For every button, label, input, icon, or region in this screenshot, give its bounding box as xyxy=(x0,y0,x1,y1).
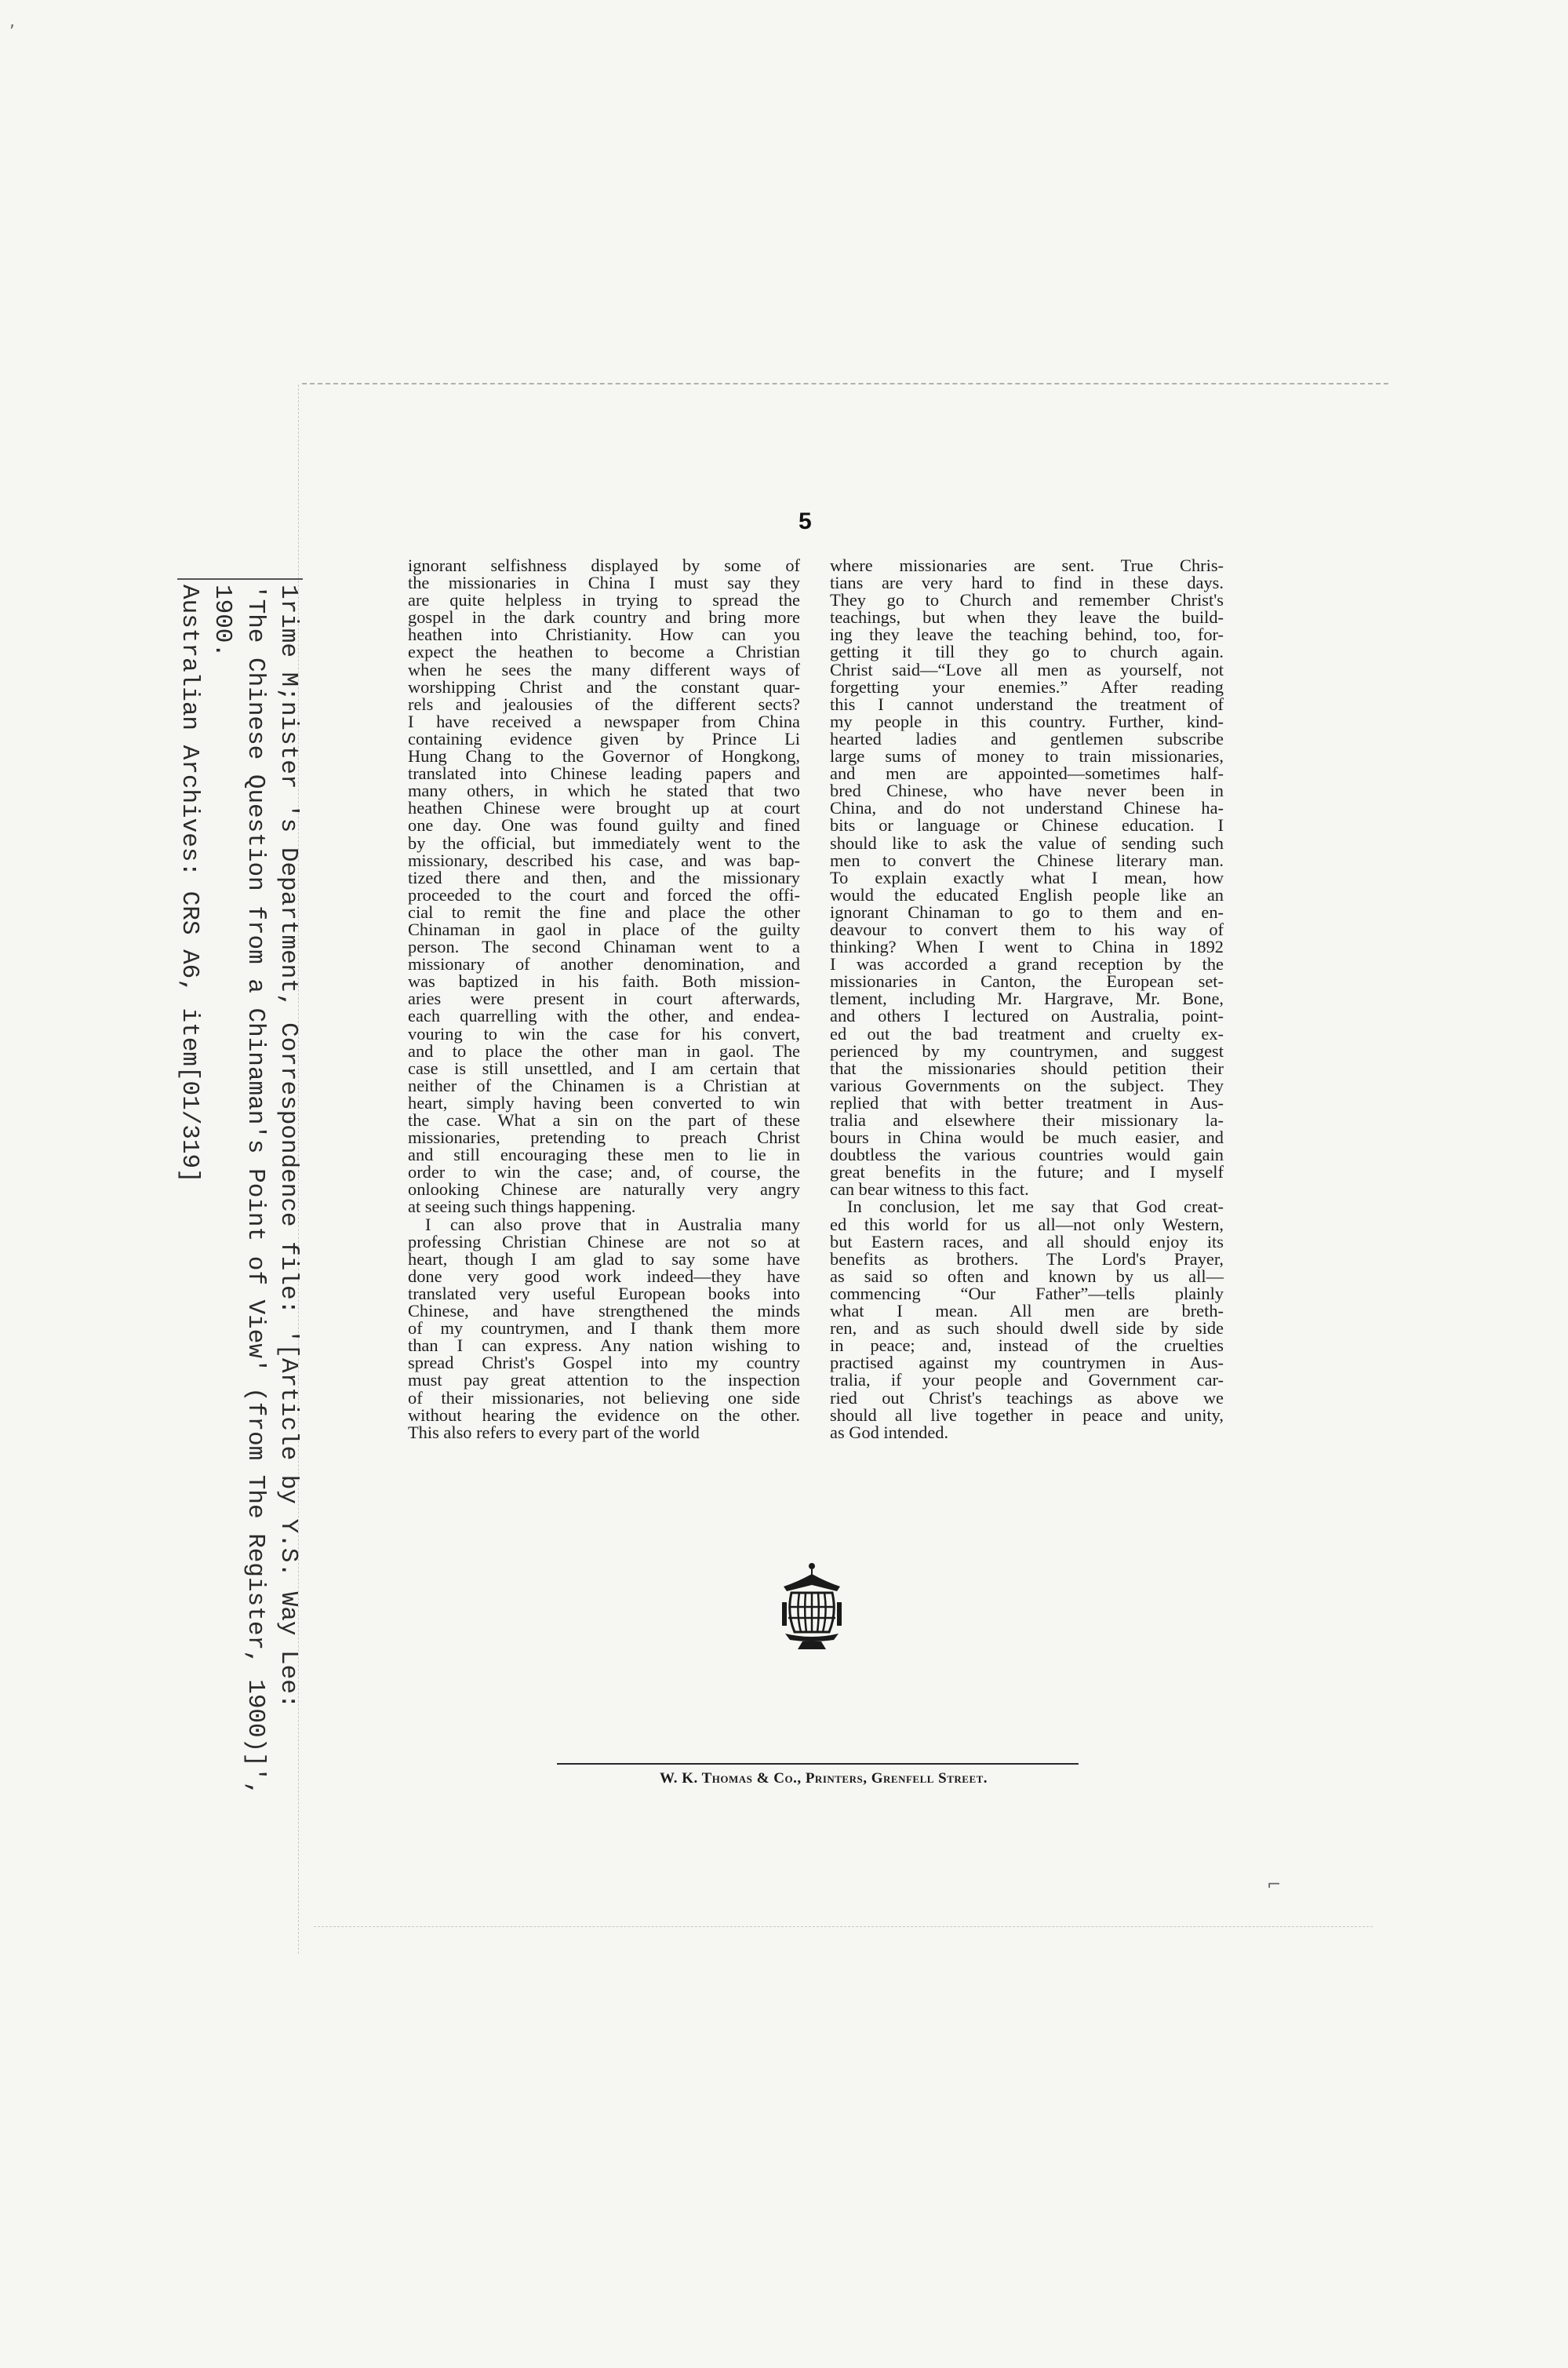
article-text-line: of my countrymen, and I thank them more xyxy=(408,1320,800,1337)
article-text-line: Chinaman in gaol in place of the guilty xyxy=(408,921,800,938)
article-text-line: They go to Church and remember Christ's xyxy=(830,592,1224,609)
article-text-line: replied that with better treatment in Au… xyxy=(830,1095,1224,1112)
article-text-line: ren, and as such should dwell side by si… xyxy=(830,1320,1224,1337)
article-text-line: missionaries in Canton, the European set… xyxy=(830,973,1224,990)
article-text-line: translated very useful European books in… xyxy=(408,1285,800,1302)
archive-citation-caption: 1rime M;nister 's Department, Correspond… xyxy=(173,585,304,1796)
article-text-line: ing they leave the teaching behind, too,… xyxy=(830,626,1224,643)
article-text-line: and still encouraging these men to lie i… xyxy=(408,1146,800,1164)
article-text-line: would the educated English people like a… xyxy=(830,887,1224,904)
article-text-line: ed this world for us all—not only Wester… xyxy=(830,1216,1224,1233)
caption-line: 'The Chinese Question from a Chinaman's … xyxy=(238,585,271,1796)
article-text-line: spread Christ's Gospel into my country xyxy=(408,1354,800,1372)
article-text-line: my people in this country. Further, kind… xyxy=(830,713,1224,730)
article-text-line: must pay great attention to the inspecti… xyxy=(408,1372,800,1389)
article-text-line: neither of the Chinamen is a Christian a… xyxy=(408,1077,800,1095)
article-text-line: deavour to convert them to his way of xyxy=(830,921,1224,938)
article-text-line: onlooking Chinese are naturally very ang… xyxy=(408,1181,800,1198)
pagoda-ornament-icon xyxy=(780,1561,843,1656)
article-text-line: hearted ladies and gentlemen subscribe xyxy=(830,730,1224,748)
article-text-line: ried out Christ's teachings as above we xyxy=(830,1390,1224,1407)
article-text-line: one day. One was found guilty and fined xyxy=(408,817,800,834)
photocopy-page-edge-top xyxy=(302,383,1388,384)
article-text-line: great benefits in the future; and I myse… xyxy=(830,1164,1224,1181)
scan-speck: ⌐ xyxy=(1267,1875,1281,1895)
article-text-line: vouring to win the case for his convert, xyxy=(408,1026,800,1043)
article-text-line: Christ said—“Love all men as yourself, n… xyxy=(830,661,1224,679)
article-text-line: ed out the bad treatment and cruelty ex- xyxy=(830,1026,1224,1043)
printer-imprint: W. K. Thomas & Co., Printers, Grenfell S… xyxy=(549,1770,1098,1787)
article-text-line: Chinese, and have strengthened the minds xyxy=(408,1302,800,1320)
article-text-line: containing evidence given by Prince Li xyxy=(408,730,800,748)
article-text-line: person. The second Chinaman went to a xyxy=(408,938,800,956)
article-text-line: the case. What a sin on the part of thes… xyxy=(408,1112,800,1129)
article-text-line: case is still unsettled, and I am certai… xyxy=(408,1060,800,1077)
article-text-line: can bear witness to this fact. xyxy=(830,1181,1224,1198)
article-text-line: To explain exactly what I mean, how xyxy=(830,869,1224,887)
article-text-line: missionary, described his case, and was … xyxy=(408,852,800,869)
article-text-line: tians are very hard to find in these day… xyxy=(830,574,1224,592)
caption-line: 1900. xyxy=(206,585,238,1796)
article-text-line: as said so often and known by us all— xyxy=(830,1268,1224,1285)
article-text-line: and others I lectured on Australia, poin… xyxy=(830,1007,1224,1025)
article-text-line: in peace; and, instead of the cruelties xyxy=(830,1337,1224,1354)
article-text-line: where missionaries are sent. True Chris- xyxy=(830,557,1224,574)
article-text-line: large sums of money to train missionarie… xyxy=(830,748,1224,765)
article-text-line: expect the heathen to become a Christian xyxy=(408,643,800,661)
article-text-line: translated into Chinese leading papers a… xyxy=(408,765,800,782)
article-text-line: getting it till they go to church again. xyxy=(830,643,1224,661)
article-text-line: men to convert the Chinese literary man. xyxy=(830,852,1224,869)
article-text-line: done very good work indeed—they have xyxy=(408,1268,800,1285)
article-text-line: but Eastern races, and all should enjoy … xyxy=(830,1233,1224,1251)
page-number: 5 xyxy=(799,508,812,535)
article-text-line: bred Chinese, who have never been in xyxy=(830,782,1224,800)
article-text-line: was baptized in his faith. Both mission- xyxy=(408,973,800,990)
article-text-line: each quarrelling with the other, and end… xyxy=(408,1007,800,1025)
article-text-line: heathen Chinese were brought up at court xyxy=(408,800,800,817)
article-text-line: teachings, but when they leave the build… xyxy=(830,609,1224,626)
article-text-line: benefits as brothers. The Lord's Prayer, xyxy=(830,1251,1224,1268)
article-text-line: cial to remit the fine and place the oth… xyxy=(408,904,800,921)
article-text-line: heart, though I am glad to say some have xyxy=(408,1251,800,1268)
article-text-line: heart, simply having been converted to w… xyxy=(408,1095,800,1112)
article-text-line: and to place the other man in gaol. The xyxy=(408,1043,800,1060)
article-text-line: I was accorded a grand reception by the xyxy=(830,956,1224,973)
article-text-line: should all live together in peace and un… xyxy=(830,1407,1224,1424)
article-text-line: bours in China would be much easier, and xyxy=(830,1129,1224,1146)
article-text-line: forgetting your enemies.” After reading xyxy=(830,679,1224,696)
imprint-rule xyxy=(557,1763,1079,1765)
article-column-right: where missionaries are sent. True Chris-… xyxy=(830,557,1224,1441)
article-text-line: than I can express. Any nation wishing t… xyxy=(408,1337,800,1354)
article-text-line: bits or language or Chinese education. I xyxy=(830,817,1224,834)
article-text-line: order to win the case; and, of course, t… xyxy=(408,1164,800,1181)
article-text-line: proceeded to the court and forced the of… xyxy=(408,887,800,904)
article-text-line: Hung Chang to the Governor of Hongkong, xyxy=(408,748,800,765)
article-text-line: rels and jealousies of the different sec… xyxy=(408,696,800,713)
article-text-line: ignorant selfishness displayed by some o… xyxy=(408,557,800,574)
caption-line: 1rime M;nister 's Department, Correspond… xyxy=(271,585,304,1796)
article-text-line: practised against my countrymen in Aus- xyxy=(830,1354,1224,1372)
article-text-line: I have received a newspaper from China xyxy=(408,713,800,730)
article-text-line: heathen into Christianity. How can you xyxy=(408,626,800,643)
article-text-line: what I mean. All men are breth- xyxy=(830,1302,1224,1320)
article-text-line: China, and do not understand Chinese ha- xyxy=(830,800,1224,817)
article-text-line: In conclusion, let me say that God creat… xyxy=(830,1198,1224,1215)
caption-line: Australian Archives: CRS A6, item[01/319… xyxy=(173,585,206,1796)
article-text-line: missionary of another denomination, and xyxy=(408,956,800,973)
article-text-line: many others, in which he stated that two xyxy=(408,782,800,800)
article-text-line: gospel in the dark country and bring mor… xyxy=(408,609,800,626)
article-text-line: should like to ask the value of sending … xyxy=(830,835,1224,852)
article-text-line: tized there and then, and the missionary xyxy=(408,869,800,887)
article-column-left: ignorant selfishness displayed by some o… xyxy=(408,557,800,1441)
article-text-line: thinking? When I went to China in 1892 xyxy=(830,938,1224,956)
article-text-line: aries were present in court afterwards, xyxy=(408,990,800,1007)
article-text-line: are quite helpless in trying to spread t… xyxy=(408,592,800,609)
article-text-line: when he sees the many different ways of xyxy=(408,661,800,679)
article-text-line: commencing “Our Father”—tells plainly xyxy=(830,1285,1224,1302)
article-text-line: ignorant Chinaman to go to them and en- xyxy=(830,904,1224,921)
article-text-line: tlement, including Mr. Hargrave, Mr. Bon… xyxy=(830,990,1224,1007)
article-text-line: tralia, if your people and Government ca… xyxy=(830,1372,1224,1389)
article-text-line: worshipping Christ and the constant quar… xyxy=(408,679,800,696)
article-text-line: by the official, but immediately went to… xyxy=(408,835,800,852)
article-text-line: I can also prove that in Australia many xyxy=(408,1216,800,1233)
article-text-line: at seeing such things happening. xyxy=(408,1198,800,1215)
article-text-line: this I cannot understand the treatment o… xyxy=(830,696,1224,713)
article-text-line: the missionaries in China I must say the… xyxy=(408,574,800,592)
article-text-line: doubtless the various countries would ga… xyxy=(830,1146,1224,1164)
scan-speck: , xyxy=(9,12,15,31)
article-text-line: that the missionaries should petition th… xyxy=(830,1060,1224,1077)
article-text-line: of their missionaries, not believing one… xyxy=(408,1390,800,1407)
article-text-line: professing Christian Chinese are not so … xyxy=(408,1233,800,1251)
article-text-line: and men are appointed—sometimes half- xyxy=(830,765,1224,782)
photocopy-page-edge-bottom xyxy=(314,1926,1373,1927)
article-text-line: perienced by my countrymen, and suggest xyxy=(830,1043,1224,1060)
caption-bracket-rule xyxy=(177,578,303,580)
article-text-line: without hearing the evidence on the othe… xyxy=(408,1407,800,1424)
article-text-line: as God intended. xyxy=(830,1424,1224,1441)
article-text-line: tralia and elsewhere their missionary la… xyxy=(830,1112,1224,1129)
article-text-line: missionaries, pretending to preach Chris… xyxy=(408,1129,800,1146)
article-text-line: various Governments on the subject. They xyxy=(830,1077,1224,1095)
article-text-line: This also refers to every part of the wo… xyxy=(408,1424,800,1441)
